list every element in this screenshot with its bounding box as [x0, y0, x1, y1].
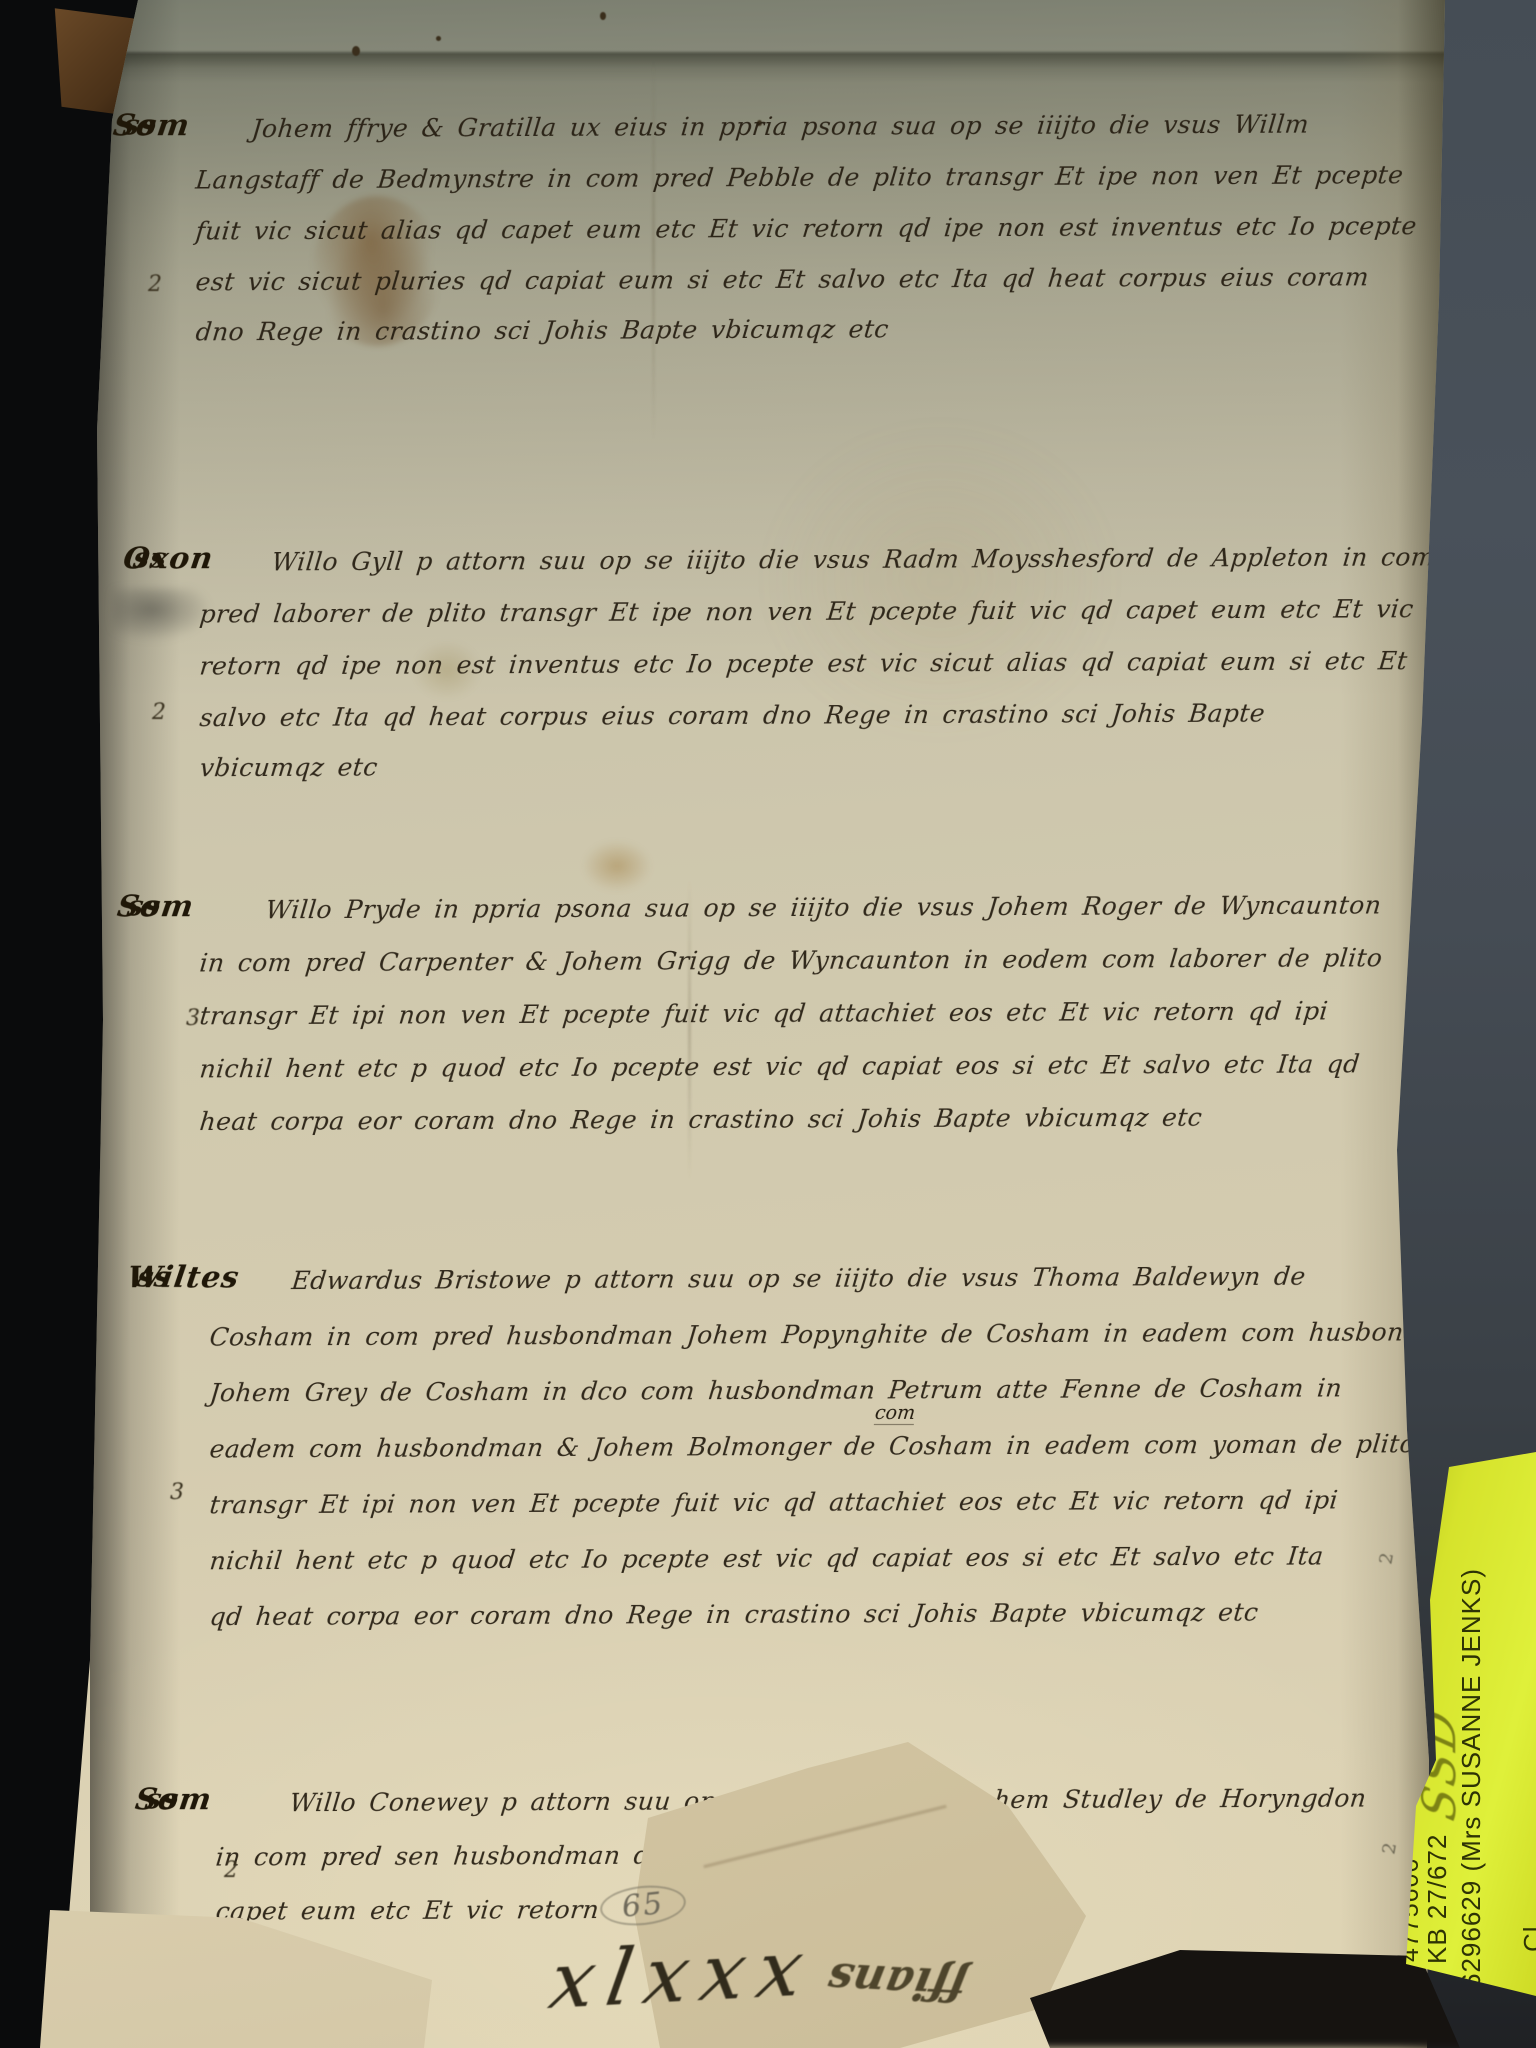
manuscript-line: Langstaff de Bedmynstre in com pred Pebb…	[194, 160, 1405, 194]
manuscript-line: eadem com husbondman & Johem Bolmonger d…	[208, 1429, 1416, 1463]
manuscript-line: Edwardus Bristowe p attorn suu op se iii…	[290, 1262, 1307, 1295]
margin-numeral: 3	[170, 1480, 184, 1505]
manuscript-line: capet eum etc Et vic retorn	[214, 1895, 600, 1926]
note-printed-partial-line: Cl	[1518, 1925, 1536, 1952]
photo-stage: SomssJohem ffrye & Gratilla ux eius in p…	[0, 0, 1536, 2048]
margin-numeral: 2	[148, 272, 162, 297]
manuscript-line: salvo etc Ita qd heat corpus eius coram …	[198, 699, 1266, 733]
parchment-page: SomssJohem ffrye & Gratilla ux eius in p…	[0, 0, 1536, 2048]
manuscript-line: heat corpa eor coram dno Rege in crastin…	[198, 1103, 1203, 1136]
manuscript-line: vbicumqz etc	[198, 753, 379, 783]
speck	[436, 36, 441, 41]
manuscript-line: Willo Gyll p attorn suu op se iiijto die…	[270, 542, 1436, 576]
manuscript-line: pred laborer de plito transgr Et ipe non…	[198, 594, 1415, 628]
speck	[352, 46, 360, 56]
manuscript-line: Cosham in com pred husbondman Johem Popy…	[208, 1317, 1477, 1352]
interlined-word: com	[874, 1402, 917, 1425]
paragraph-mark: ss	[125, 1260, 173, 1293]
manuscript-line: Johem Grey de Cosham in dco com husbondm…	[208, 1374, 1343, 1408]
ink-offset-smudge	[112, 588, 212, 642]
manuscript-line: dno Rege in crastino sci Johis Bapte vbi…	[194, 314, 890, 346]
paragraph-mark: ss	[115, 889, 163, 922]
manuscript-line: retorn qd ipe non est inventus etc Io pc…	[198, 646, 1409, 680]
stain	[760, 420, 1120, 740]
manuscript-line: transgr Et ipi non ven Et pcepte fuit vi…	[208, 1486, 1339, 1520]
margin-numeral: 2	[152, 700, 166, 725]
paragraph-mark: ss	[111, 108, 159, 141]
stain	[582, 840, 652, 892]
manuscript-line: fuit vic sicut alias qd capet eum etc Et…	[194, 211, 1418, 245]
paragraph-mark: ss	[133, 1782, 181, 1815]
manuscript-line: est vic sicut pluries qd capiat eum si e…	[194, 262, 1370, 296]
margin-numeral: 2	[224, 1858, 238, 1883]
manuscript-line: qd heat corpa eor coram dno Rege in cras…	[208, 1598, 1260, 1632]
speck	[600, 12, 606, 20]
manuscript-line: nichil hent etc p quod etc Io pcepte est…	[198, 1049, 1361, 1083]
paragraph-mark: ss	[121, 541, 169, 574]
manuscript-line: Johem ffrye & Gratilla ux eius in ppria …	[250, 110, 1310, 144]
crease	[688, 880, 691, 1180]
manuscript-line: in com pred Carpenter & Johem Grigg de W…	[198, 943, 1384, 977]
manuscript-line: transgr Et ipi non ven Et pcepte fuit vi…	[198, 997, 1329, 1031]
manuscript-line: nichil hent etc p quod etc Io pcepte est…	[208, 1542, 1325, 1576]
note-printed-reference-2: KB 27/672	[1422, 1834, 1453, 1964]
inverted-text-fragment: ffians	[823, 1953, 971, 2011]
margin-numeral: 3	[186, 1006, 200, 1031]
ink-tally-mark: xlxxx	[544, 1923, 822, 2027]
manuscript-line: Willo Pryde in ppria psona sua op se iii…	[264, 891, 1383, 925]
